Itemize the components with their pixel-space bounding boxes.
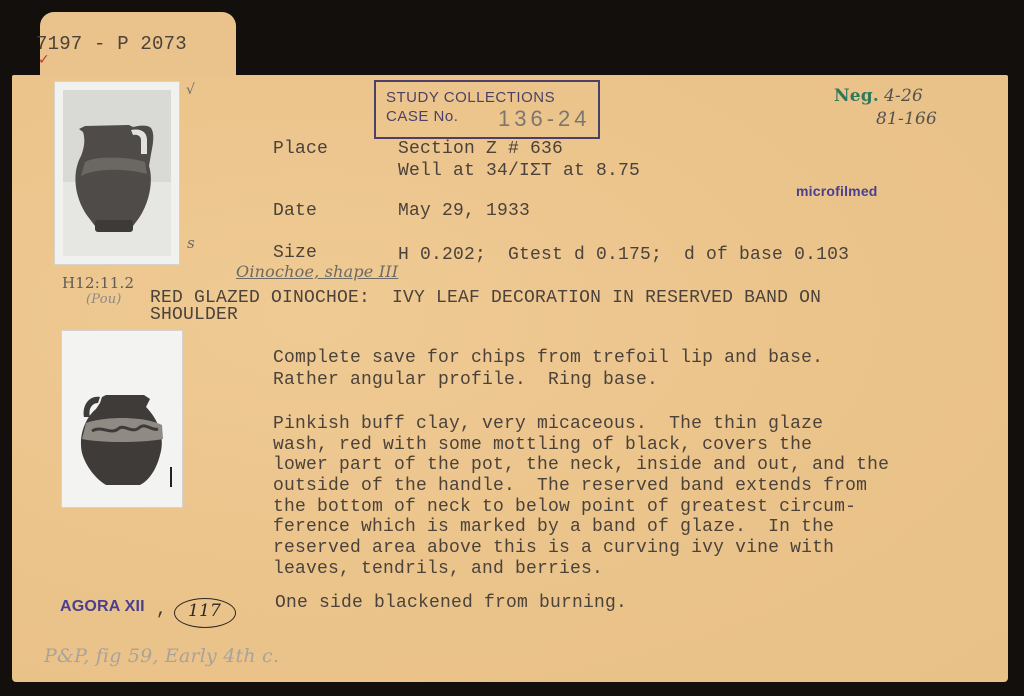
checkmark-icon: ✓ xyxy=(38,52,50,68)
oinochoe-plain-image xyxy=(55,82,179,264)
description-p2-line-7: reserved area above this is a curving iv… xyxy=(273,538,834,558)
date-value: May 29, 1933 xyxy=(398,201,530,221)
oinochoe-ivy-image xyxy=(62,331,182,507)
place-line-1: Section Z # 636 xyxy=(398,139,563,159)
deposit-ref-note-2: (Pou) xyxy=(86,292,122,307)
publication-note: P&P, fig 59, Early 4th c. xyxy=(44,645,279,667)
case-number: 136-24 xyxy=(498,106,591,132)
photo-plain-oinochoe xyxy=(54,81,180,265)
description-p2-line-8: leaves, tendrils, and berries. xyxy=(273,559,603,579)
description-p2-line-5: the bottom of neck to below point of gre… xyxy=(273,497,856,517)
place-label: Place xyxy=(273,139,328,159)
date-label: Date xyxy=(273,201,317,221)
neg-value-2: 81-166 xyxy=(876,109,937,129)
description-p2-line-2: wash, red with some mottling of black, c… xyxy=(273,435,812,455)
neg-label: Neg. xyxy=(834,86,879,106)
deposit-ref-note: H12:11.2 xyxy=(62,274,134,292)
stamp-line-1: STUDY COLLECTIONS xyxy=(386,89,555,106)
accession-number: 7197 - P 2073 xyxy=(36,33,187,55)
shape-note: Oinochoe, shape III xyxy=(236,262,398,281)
photo-decorated-oinochoe xyxy=(61,330,183,508)
description-p2-line-4: outside of the handle. The reserved band… xyxy=(273,476,867,496)
description-p1-line-2: Rather angular profile. Ring base. xyxy=(273,370,658,390)
photo-check-mark: √ xyxy=(186,82,195,98)
agora-stamp: AGORA XII xyxy=(60,598,145,616)
place-line-2: Well at 34/IΣT at 8.75 xyxy=(398,161,640,181)
description-p2-line-6: ference which is marked by a band of gla… xyxy=(273,517,834,537)
stamp-line-2: CASE No. xyxy=(386,108,458,125)
catalog-number: 117 xyxy=(188,601,221,621)
object-title-line-2: SHOULDER xyxy=(150,305,238,325)
description-p2-line-3: lower part of the pot, the neck, inside … xyxy=(273,455,889,475)
description-p1-line-1: Complete save for chips from trefoil lip… xyxy=(273,348,823,368)
size-label: Size xyxy=(273,243,317,263)
description-p2-line-1: Pinkish buff clay, very micaceous. The t… xyxy=(273,414,823,434)
photo-s-mark: s xyxy=(187,234,195,252)
neg-value-1: 4-26 xyxy=(884,86,923,106)
description-p3: One side blackened from burning. xyxy=(275,593,627,613)
microfilmed-stamp: microfilmed xyxy=(796,183,878,199)
agora-comma: , xyxy=(156,600,167,620)
size-value: H 0.202; Gtest d 0.175; d of base 0.103 xyxy=(398,245,849,265)
object-title-line-1: RED GLAZED OINOCHOE: IVY LEAF DECORATION… xyxy=(150,288,821,308)
